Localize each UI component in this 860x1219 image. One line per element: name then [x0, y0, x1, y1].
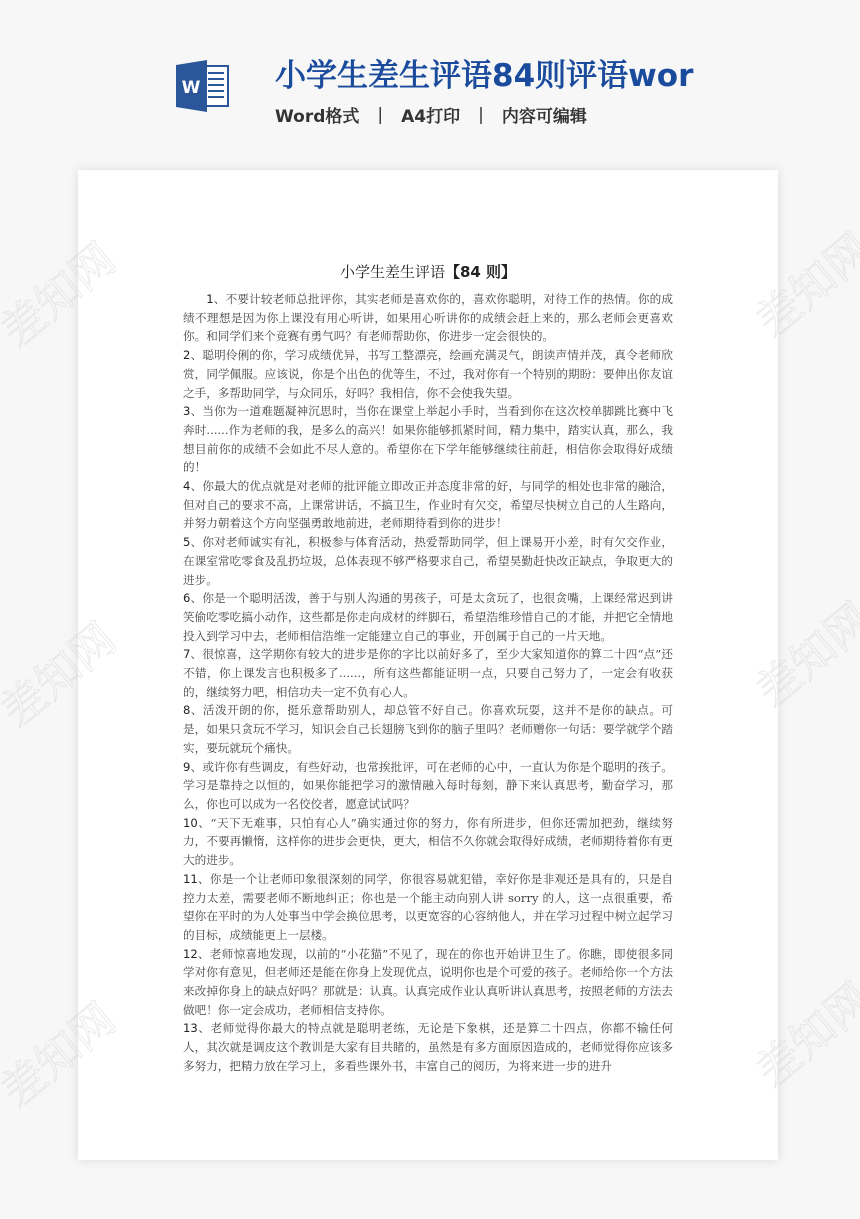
paragraph: 10、“天下无难事，只怕有心人”确实通过你的努力，你有所进步，但你还需加把劲，继… — [183, 814, 673, 870]
document-page: 小学生差生评语【84 则】 1、不要计较老师总批评你，其实老师是喜欢你的，喜欢你… — [78, 170, 778, 1160]
subtitle: Word格式 | A4打印 | 内容可编辑 — [275, 102, 587, 127]
paragraph: 5、你对老师诚实有礼，积极参与体育活动，热爱帮助同学，但上课易开小差，时有欠交作… — [183, 533, 673, 589]
paragraph: 3、当你为一道难题凝神沉思时，当你在课堂上举起小手时，当看到你在这次校单脚跳比赛… — [183, 402, 673, 477]
svg-text:W: W — [182, 78, 201, 98]
page-title: 小学生差生评语84则评语wor — [275, 50, 693, 95]
document-title-count: 【84 则】 — [445, 263, 516, 281]
paragraph: 9、或许你有些调皮，有些好动，也常挨批评，可在老师的心中，一直认为你是个聪明的孩… — [183, 758, 673, 814]
paragraph: 1、不要计较老师总批评你，其实老师是喜欢你的，喜欢你聪明，对待工作的热情。你的成… — [183, 290, 673, 346]
separator: | — [377, 105, 383, 125]
print-label: A4打印 — [401, 102, 460, 127]
format-label: Word格式 — [275, 102, 359, 127]
paragraph: 13、老师觉得你最大的特点就是聪明老练，无论是下象棋，还是算二十四点，你都不输任… — [183, 1019, 673, 1075]
document-body: 1、不要计较老师总批评你，其实老师是喜欢你的，喜欢你聪明，对待工作的热情。你的成… — [183, 290, 673, 1076]
word-icon: W — [175, 60, 230, 112]
paragraph: 12、老师惊喜地发现，以前的“小花猫”不见了，现在的你也开始讲卫生了。你瞧，即使… — [183, 945, 673, 1020]
separator: | — [478, 105, 484, 125]
document-title-text: 小学生差生评语 — [340, 263, 445, 281]
paragraph: 8、活泼开朗的你，挺乐意帮助别人，却总管不好自己。你喜欢玩耍，这并不是你的缺点。… — [183, 701, 673, 757]
header: W 小学生差生评语84则评语wor Word格式 | A4打印 | 内容可编辑 — [0, 0, 860, 170]
editable-label: 内容可编辑 — [502, 102, 587, 127]
paragraph: 2、聪明伶俐的你，学习成绩优异，书写工整漂亮，绘画充满灵气，朗读声情并茂，真令老… — [183, 346, 673, 402]
paragraph: 6、你是一个聪明活泼，善于与别人沟通的男孩子，可是太贪玩了，也很贪嘴，上课经常迟… — [183, 589, 673, 645]
paragraph: 7、很惊喜，这学期你有较大的进步是你的字比以前好多了，至少大家知道你的算二十四“… — [183, 645, 673, 701]
paragraph: 4、你最大的优点就是对老师的批评能立即改正并态度非常的好，与同学的相处也非常的融… — [183, 477, 673, 533]
paragraph: 11、你是一个让老师印象很深刻的同学，你很容易就犯错，幸好你是非观还是具有的，只… — [183, 870, 673, 945]
document-title: 小学生差生评语【84 则】 — [78, 261, 778, 282]
